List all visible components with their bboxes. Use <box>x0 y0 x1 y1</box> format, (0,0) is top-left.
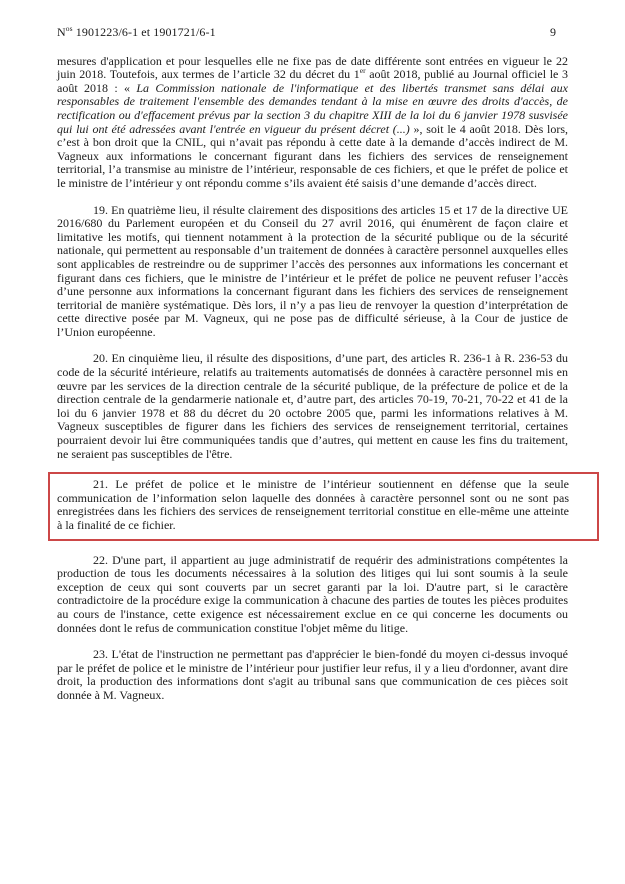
paragraph-20: 20. En cinquième lieu, il résulte des di… <box>57 352 568 461</box>
paragraph-19: 19. En quatrième lieu, il résulte claire… <box>57 204 568 340</box>
case-numbers: Nos 1901223/6-1 et 1901721/6-1 <box>57 26 216 40</box>
paragraph-22: 22. D'une part, il appartient au juge ad… <box>57 554 568 636</box>
paragraph-23: 23. L'état de l'instruction ne permettan… <box>57 648 568 702</box>
paragraph-21: 21. Le préfet de police et le ministre d… <box>57 478 569 532</box>
document-page: Nos 1901223/6-1 et 1901721/6-1 9 mesures… <box>0 0 625 884</box>
document-body: mesures d'application et pour lesquelles… <box>57 55 568 703</box>
page-number: 9 <box>550 26 568 40</box>
paragraph-18-continuation: mesures d'application et pour lesquelles… <box>57 55 568 191</box>
page-header: Nos 1901223/6-1 et 1901721/6-1 9 <box>57 26 568 40</box>
red-annotation-box: 21. Le préfet de police et le ministre d… <box>48 472 599 540</box>
